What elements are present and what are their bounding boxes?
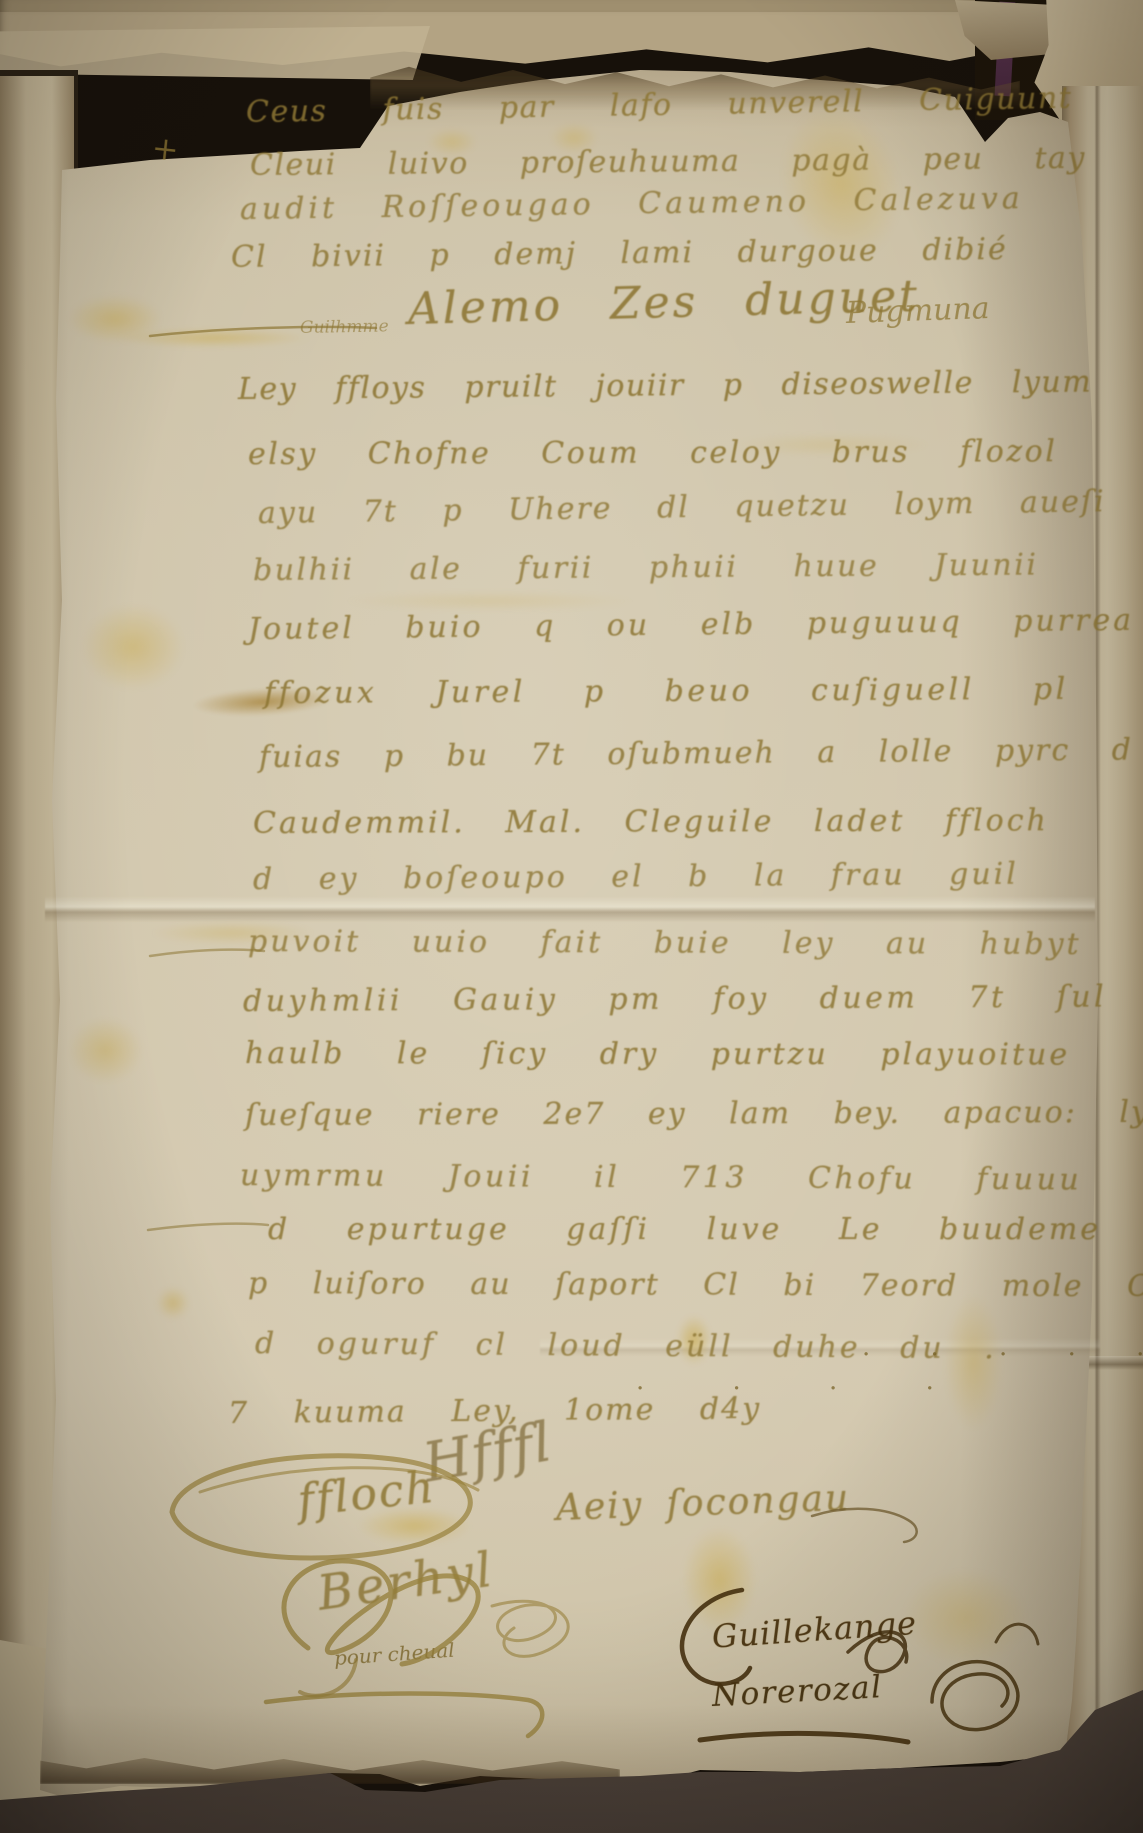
dots-row: · · · · (636, 1374, 974, 1404)
handwriting-line: ffozux Jurel p beuo cuſiguell pl (264, 672, 1069, 711)
ink-stain (152, 1282, 194, 1324)
handwriting-line: d epurtuge gaſſi luve Le buudeme (268, 1212, 1101, 1247)
ink-stain (68, 592, 198, 702)
handwriting-line: ſueſque riere 2e7 ey lam bey. apacuo: ly (245, 1095, 1143, 1133)
handwriting-line: puvoit uuio fait buie ley au hubyt (248, 924, 1082, 962)
handwriting-line: haulb le ſicy dry purtzu playuoitue (245, 1036, 1070, 1072)
handwriting-insert-tail: Pugmuna (845, 291, 990, 331)
handwriting-insert-small: Guilhmme (300, 316, 389, 338)
handwriting-line: Ley ffloys pruilt jouiir p diseoswelle l… (238, 365, 1092, 407)
dots-row: · · · · · (862, 1340, 1143, 1370)
handwriting-line: elsy Chofne Coum celoy brus flozol (248, 434, 1057, 472)
manuscript-photo: + Ceus fuis par lafo unverell Cuiguunt C… (0, 0, 1143, 1833)
handwriting-line: p luiſoro au ſaport Cl bi 7eord mole Cl (248, 1266, 1143, 1304)
handwriting-line: bulhii ale furii phuii huue Juunii (253, 548, 1039, 588)
ink-stain (58, 1008, 153, 1093)
handwriting-line: uymrmu Jouii il 713 Chofu fuuuu (240, 1158, 1082, 1197)
cross-mark: + (150, 128, 181, 169)
handwriting-line: duyhmlii Gauiy pm foy duem 7t ſul (243, 979, 1107, 1019)
handwriting-line: Caudemmil. Mal. Cleguile ladet ffloch (253, 803, 1049, 841)
handwriting-line: Cleui luivo proſeuhuuma pagà peu tay (250, 141, 1086, 183)
handwriting-line: d ey boſeoupo el b la frau guil (253, 857, 1019, 897)
